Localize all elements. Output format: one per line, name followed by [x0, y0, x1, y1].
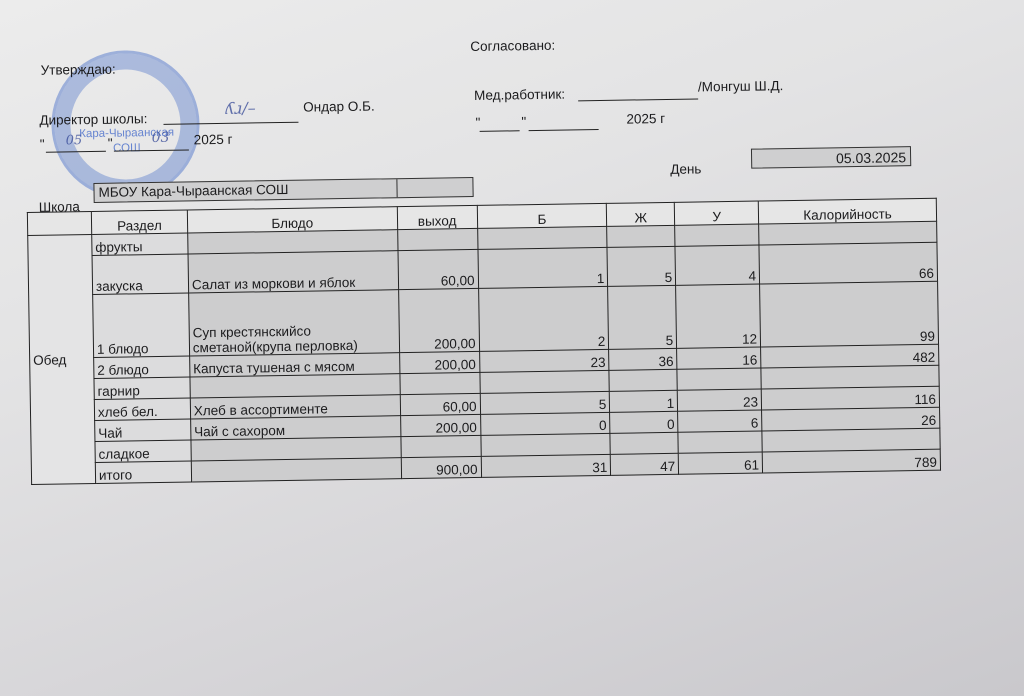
day-label: День — [670, 161, 701, 176]
agreement-year: 2025 г — [626, 111, 665, 127]
protein-cell — [477, 226, 607, 249]
approval-date-quote-open: " — [40, 137, 45, 152]
protein-cell: 5 — [480, 391, 610, 414]
section-cell: 1 блюдо — [93, 293, 190, 357]
fat-cell — [609, 369, 677, 391]
output-cell — [401, 435, 481, 457]
med-signature-line — [578, 98, 698, 101]
protein-cell: 2 — [478, 286, 609, 351]
output-cell — [400, 372, 480, 394]
calories-cell — [761, 365, 939, 389]
dish-cell: Салат из моркови и яблок — [188, 251, 398, 293]
agreement-date-quote-close: " — [521, 114, 526, 129]
agreement-day-line — [480, 130, 520, 132]
approval-month: 03 — [152, 130, 170, 146]
fat-cell: 5 — [608, 285, 677, 349]
calories-cell — [762, 428, 940, 452]
section-cell: хлеб бел. — [94, 398, 190, 421]
dish-cell: Суп крестянскийсо сметаной(крупа перловк… — [188, 290, 399, 356]
header-fat: Ж — [607, 202, 675, 226]
protein-cell: 23 — [479, 349, 609, 372]
meal-cell: Обед — [28, 234, 96, 484]
dish-cell — [191, 458, 401, 482]
protein-cell: 31 — [481, 454, 611, 477]
approval-date-quote-close: " — [108, 136, 113, 151]
calories-cell: 66 — [759, 242, 937, 284]
header-carbs: У — [675, 201, 759, 225]
carbs-cell — [677, 368, 761, 390]
carbs-cell: 6 — [678, 410, 762, 432]
output-cell: 60,00 — [398, 249, 479, 289]
fat-cell: 47 — [611, 453, 679, 475]
agreement-date-quote-open: " — [475, 115, 480, 130]
fat-cell — [607, 225, 675, 247]
carbs-cell: 12 — [676, 284, 761, 348]
fat-cell: 0 — [610, 411, 678, 433]
carbs-cell: 16 — [677, 347, 761, 369]
section-cell: фрукты — [92, 233, 188, 256]
calories-cell: 99 — [760, 281, 939, 347]
section-cell: сладкое — [95, 440, 191, 463]
director-name: Ондар О.Б. — [303, 99, 375, 115]
approval-day: 05 — [66, 133, 83, 148]
protein-cell — [480, 433, 610, 456]
protein-cell: 0 — [480, 412, 610, 435]
director-label: Директор школы: — [39, 111, 147, 128]
header-calories: Калорийность — [758, 198, 936, 224]
carbs-cell: 4 — [675, 245, 759, 285]
section-cell: итого — [95, 461, 191, 484]
carbs-cell: 23 — [677, 389, 761, 411]
header-section: Раздел — [91, 210, 187, 235]
fat-cell: 1 — [610, 390, 678, 412]
header-output: выход — [397, 205, 477, 229]
protein-cell — [479, 370, 609, 393]
calories-cell: 26 — [762, 407, 940, 431]
calories-cell: 789 — [762, 449, 940, 473]
day-value: 05.03.2025 — [751, 146, 911, 169]
carbs-cell: 61 — [678, 452, 762, 474]
calories-cell: 116 — [761, 386, 939, 410]
output-cell: 200,00 — [398, 288, 479, 352]
output-cell: 60,00 — [400, 393, 480, 415]
director-signature: ʎɹ/– — [225, 98, 256, 117]
header-meal — [27, 211, 91, 235]
school-extra-cell — [397, 178, 472, 197]
header-protein: Б — [477, 203, 607, 228]
med-worker-name: /Монгуш Ш.Д. — [698, 78, 784, 94]
output-cell: 200,00 — [400, 414, 480, 436]
section-cell: гарнир — [94, 377, 190, 400]
output-cell — [397, 228, 477, 250]
section-cell: 2 блюдо — [94, 356, 190, 379]
agreement-month-line — [529, 129, 599, 131]
approved-label: Утверждаю: — [41, 62, 116, 78]
fat-cell: 36 — [609, 348, 677, 370]
calories-cell: 482 — [761, 344, 939, 368]
menu-document: Кара-Чыраанская СОШ Утверждаю: Директор … — [0, 0, 1024, 696]
output-cell: 200,00 — [399, 351, 479, 373]
calories-cell — [759, 221, 937, 245]
section-cell: Чай — [95, 419, 191, 442]
section-cell: закуска — [92, 254, 189, 295]
school-name: МБОУ Кара-Чыраанская СОШ — [94, 179, 397, 202]
med-worker-label: Мед.работник: — [474, 87, 565, 103]
output-cell: 900,00 — [401, 456, 481, 478]
protein-cell: 1 — [478, 247, 608, 288]
approval-year: 2025 г — [194, 132, 233, 148]
fat-cell: 5 — [607, 246, 676, 286]
menu-table: Раздел Блюдо выход Б Ж У Калорийность Об… — [27, 198, 941, 485]
carbs-cell — [678, 431, 762, 453]
carbs-cell — [675, 224, 759, 246]
agreed-label: Согласовано: — [470, 38, 555, 54]
fat-cell — [610, 432, 678, 454]
header-dish: Блюдо — [187, 207, 397, 233]
